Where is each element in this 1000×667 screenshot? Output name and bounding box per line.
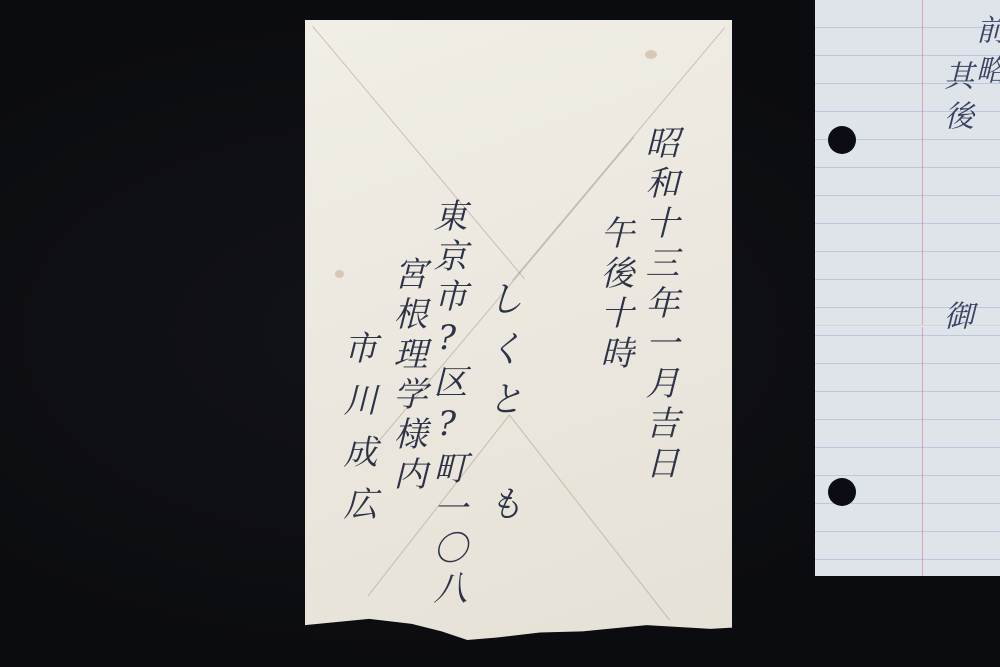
envelope: 昭和十三年一月吉日 午後十時 東京市?区?町一〇八 宮根理学様内 市川成広 しく…	[305, 20, 732, 640]
punch-hole	[828, 126, 856, 154]
date-column: 昭和十三年一月吉日	[635, 125, 684, 485]
letter-line-3: 御	[933, 300, 977, 340]
sender-name-column: 市川成広	[333, 330, 382, 538]
time-column: 午後十時	[590, 215, 639, 375]
envelope-fold-line	[312, 26, 525, 279]
care-of-column: 宮根理学様内	[383, 256, 432, 496]
letter-page: 前略 其後 御	[815, 0, 1000, 576]
red-margin-line	[922, 0, 923, 576]
paper-stain	[335, 270, 344, 278]
cursive-marks: しくと も	[477, 280, 528, 535]
paper-stain	[645, 50, 657, 59]
punch-hole	[828, 478, 856, 506]
letter-line-2: 其後	[933, 60, 977, 140]
